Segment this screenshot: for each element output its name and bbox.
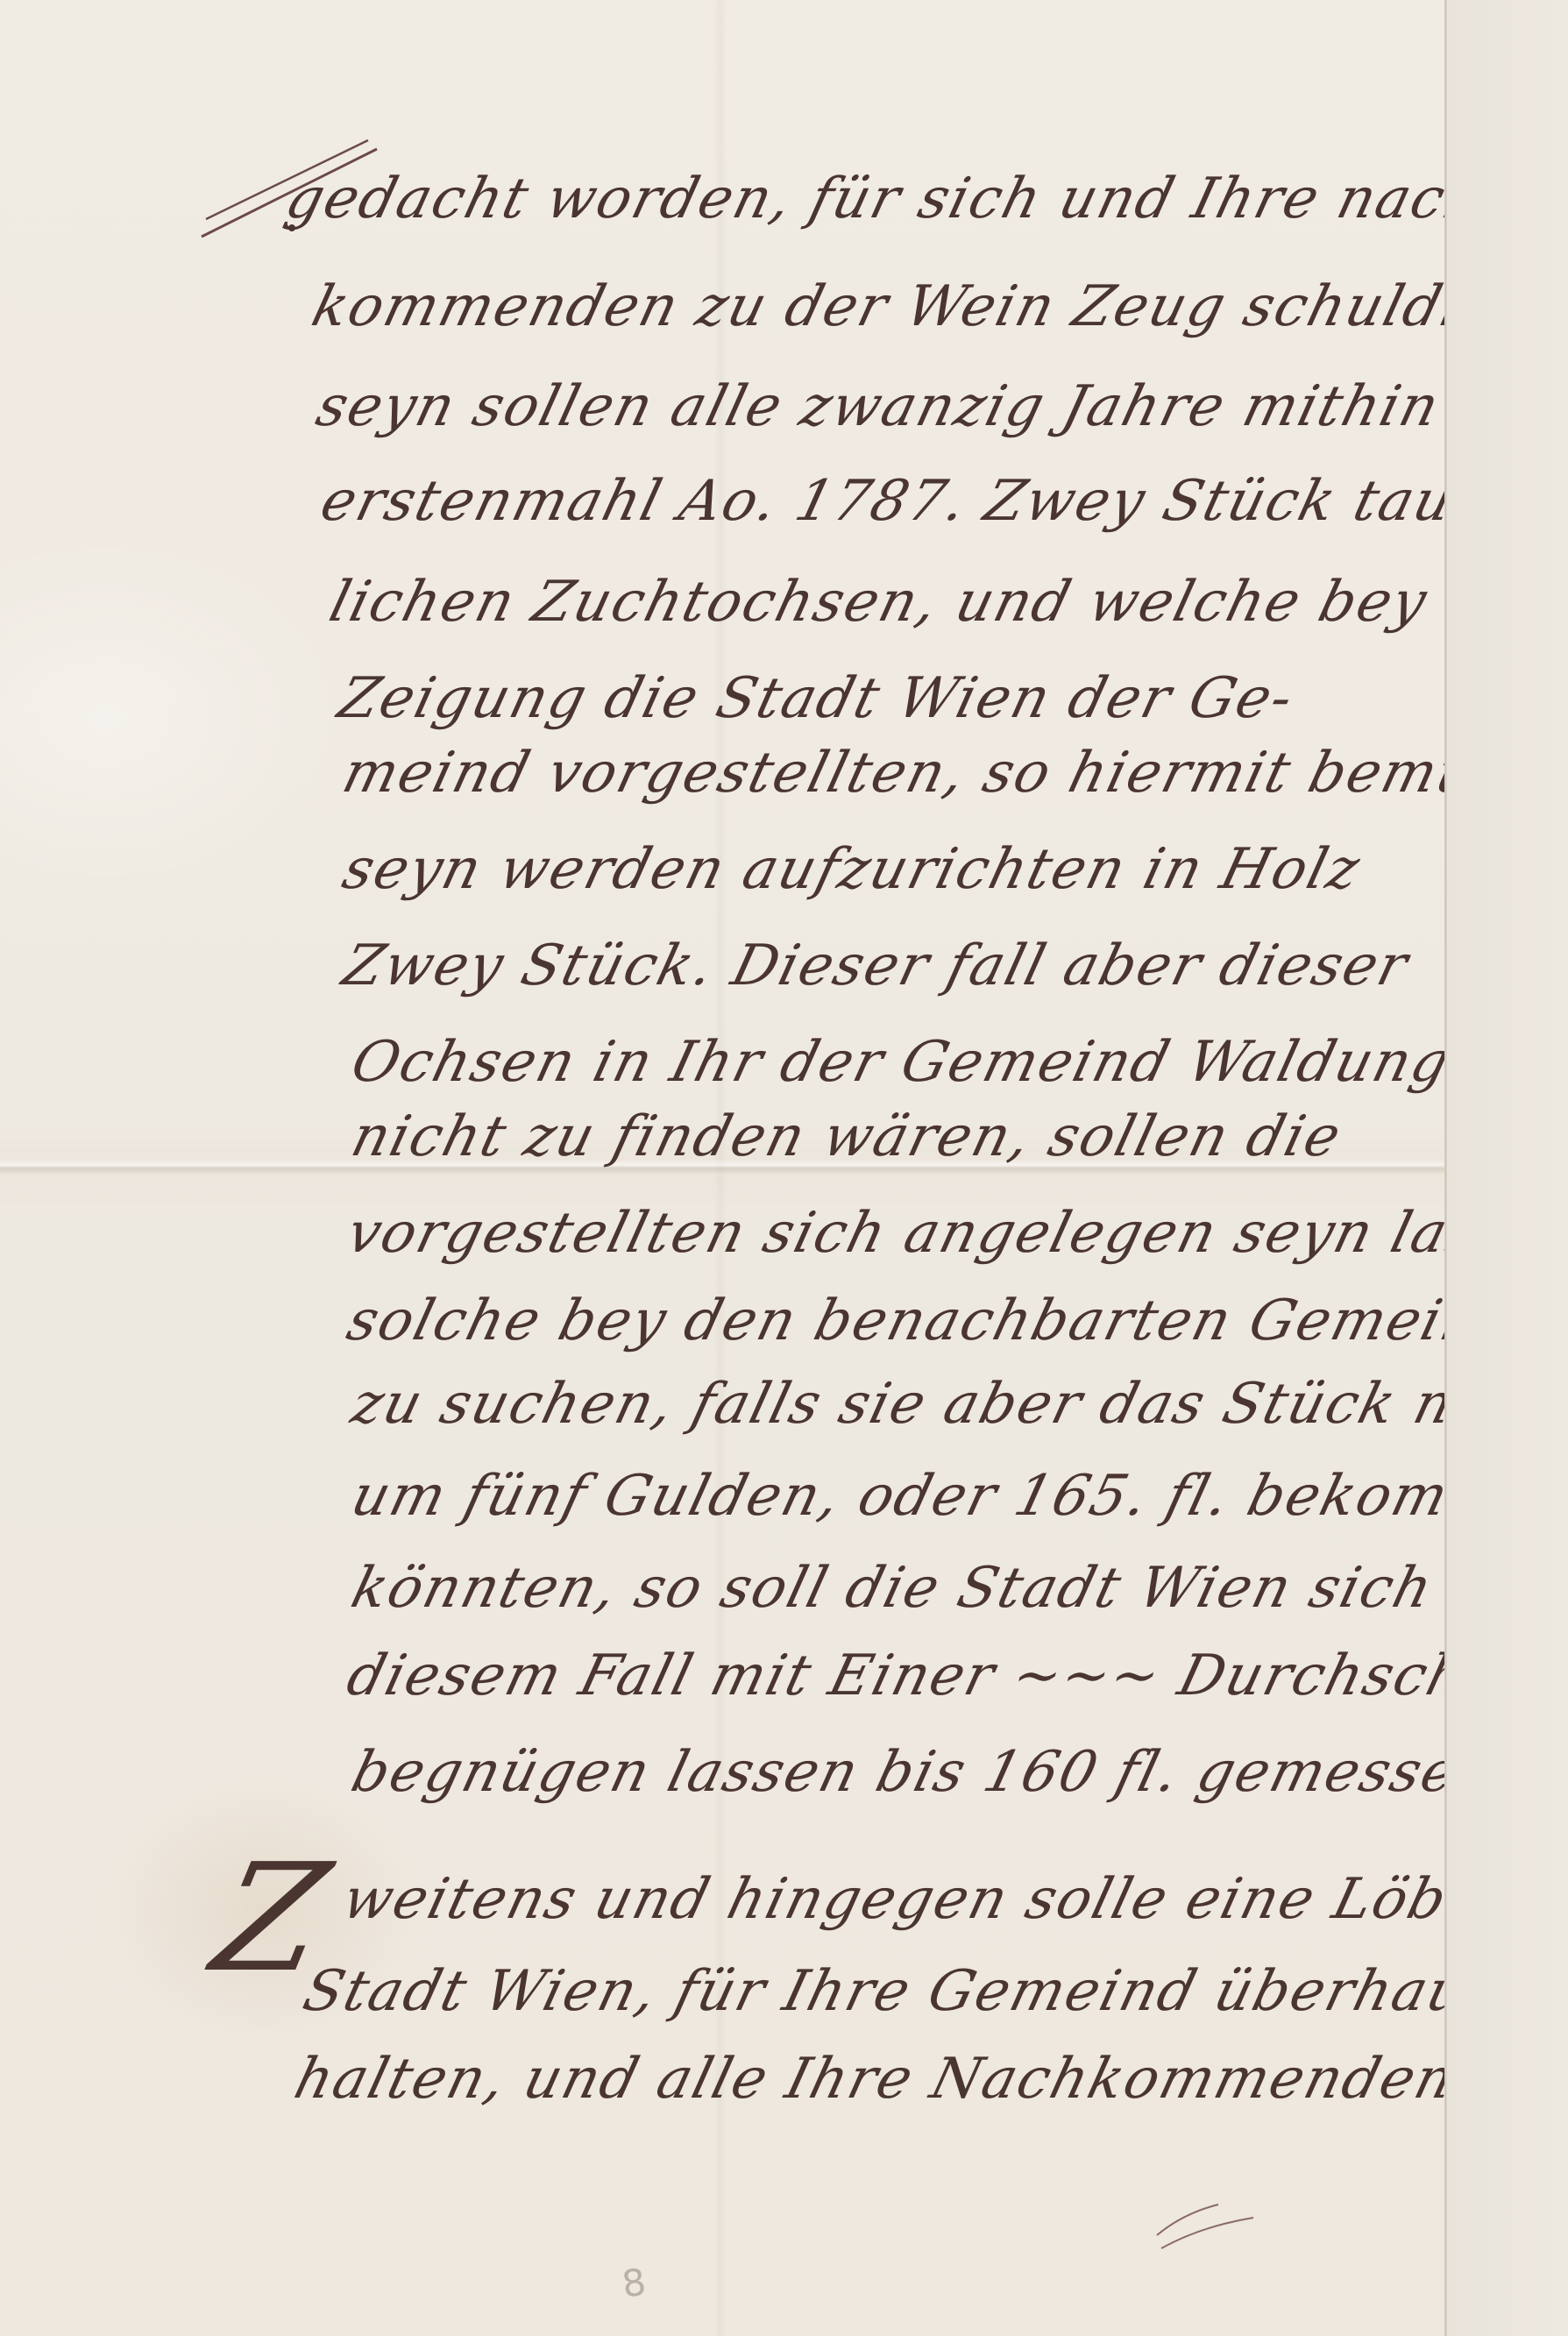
text-line: solche bey den benachbarten Gemeinden	[342, 1293, 1568, 1349]
pencil-page-number: 8	[620, 2260, 649, 2305]
text-line: meind vorgestellten, so hiermit bemüht	[337, 745, 1544, 801]
text-line: Ochsen in Ihr der Gemeind Waldung	[346, 1034, 1457, 1090]
text-line: vorgestellten sich angelegen seyn lassen…	[342, 1205, 1568, 1261]
text-line: gedacht worden, für sich und Ihre nach-	[280, 171, 1510, 227]
text-line: kommenden zu der Wein Zeug schuldig	[307, 279, 1507, 335]
text-line: begnügen lassen bis 160 fl. gemessen.	[346, 1744, 1522, 1800]
manuscript-sheet: gedacht worden, für sich und Ihre nach- …	[0, 0, 1446, 2336]
text-line: Zeigung die Stadt Wien der Ge-	[333, 671, 1300, 727]
text-line: nicht zu finden wären, sollen die	[346, 1109, 1347, 1165]
stray-pen-stroke-icon	[1148, 2200, 1306, 2253]
text-line: halten, und alle Ihre Nachkommenden	[289, 2051, 1461, 2107]
underlying-sheet	[1447, 0, 1568, 2336]
text-line: um fünf Gulden, oder 165. fl. bekommen	[346, 1468, 1568, 1524]
text-line: seyn sollen alle zwanzig Jahre mithin au…	[311, 379, 1561, 435]
text-line: weitens und hingegen solle eine Löbl.	[337, 1871, 1493, 1928]
text-line: seyn werden aufzurichten in Holz	[337, 841, 1366, 898]
text-line: könnten, so soll die Stadt Wien sich in	[346, 1560, 1516, 1616]
text-line: lichen Zuchtochsen, und welche bey	[324, 574, 1433, 630]
text-line: Stadt Wien, für Ihre Gemeind überhaupt,	[298, 1963, 1555, 2020]
text-line: diesem Fall mit Einer ~~~ Durchschn.-Stü…	[342, 1648, 1568, 1704]
text-line: erstenmahl Ao. 1787. Zwey Stück tauglich…	[316, 473, 1568, 529]
text-line: Zwey Stück. Dieser fall aber dieser	[337, 938, 1415, 994]
text-line: zu suchen, falls sie aber das Stück nich…	[346, 1376, 1568, 1432]
